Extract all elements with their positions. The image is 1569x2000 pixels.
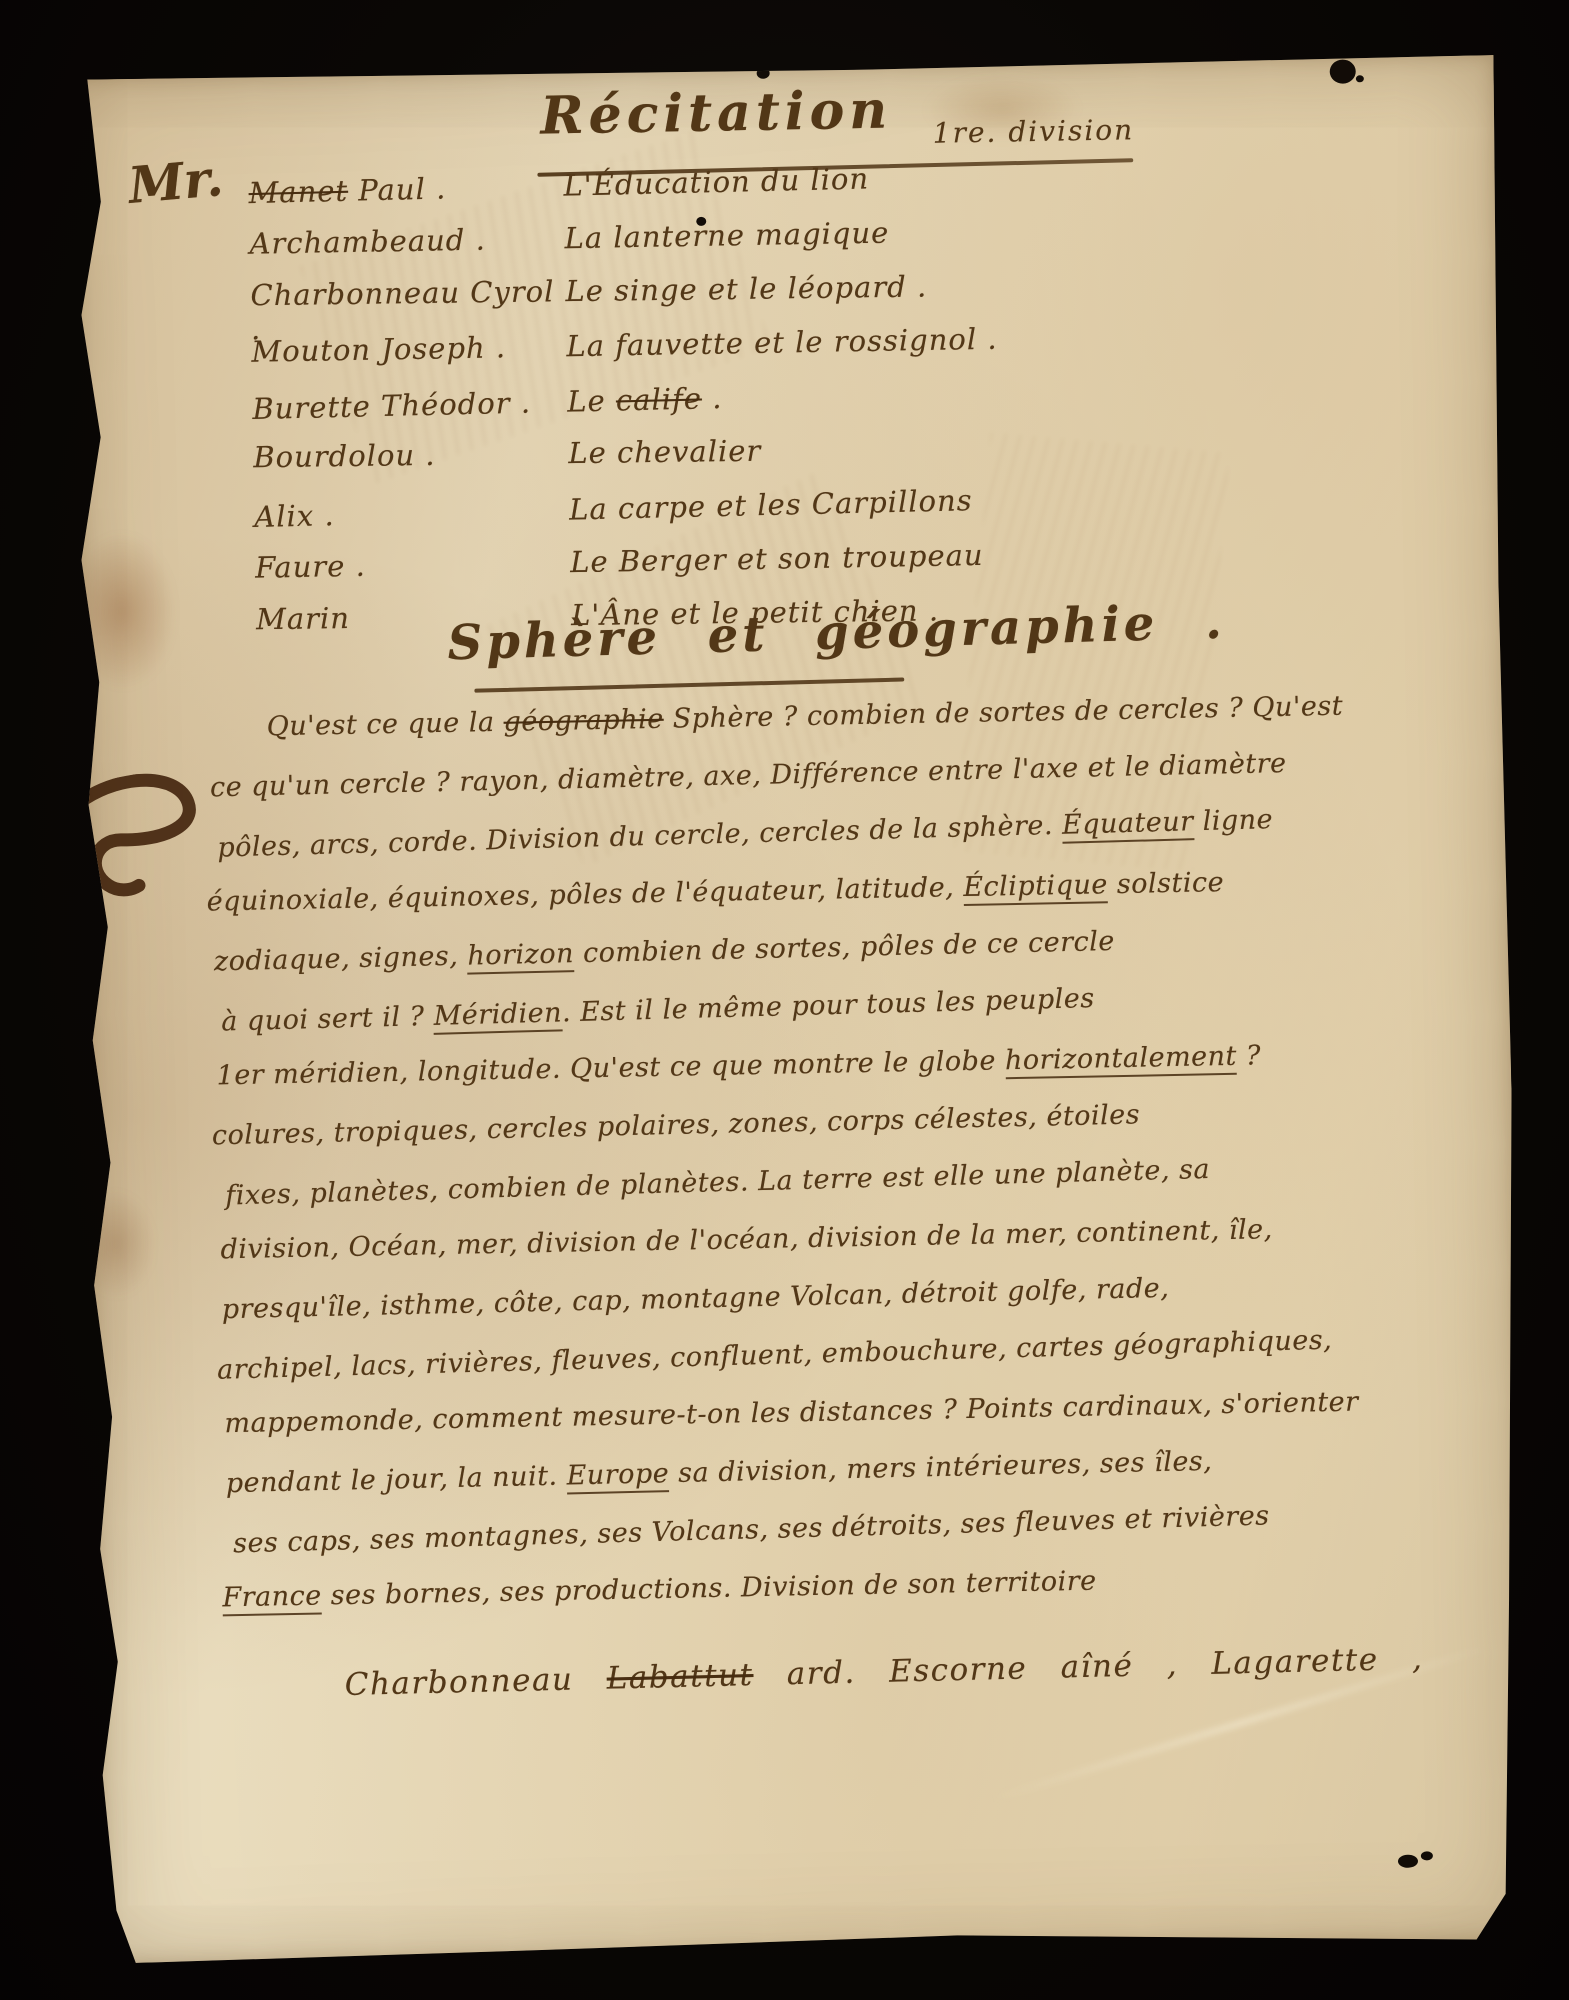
page-title: Récitation [540, 79, 893, 146]
text-segment: Alix . [254, 498, 335, 534]
text-segment: Paul . [348, 171, 447, 207]
text-segment: Qu'est ce que la [266, 707, 504, 743]
page-title-division: 1re. division [932, 113, 1134, 150]
text-segment: La fauvette et le rossignol . [566, 322, 998, 364]
footer-names: Charbonneau Labattut ard. Escorne aîné ,… [344, 1641, 1423, 1703]
student-name: Bourdolou . [253, 436, 568, 474]
student-name: Manet Paul . [248, 169, 564, 210]
text-segment: horizon [467, 938, 574, 974]
ink-speck [1421, 1851, 1433, 1860]
piece-title: L'Éducation du lion [563, 161, 869, 202]
text-segment: Écliptique [963, 869, 1108, 906]
text-segment: calife [616, 381, 703, 417]
questions-paragraph: Qu'est ce que la géographie Sphère ? com… [208, 689, 1329, 1642]
piece-title: Le calife . [567, 381, 723, 419]
text-segment: solstice [1108, 867, 1225, 900]
text-segment: ligne [1193, 804, 1273, 837]
student-name: Charbonneau Cyrol . [250, 274, 566, 346]
ink-speck [1356, 75, 1364, 82]
text-segment: Europe [566, 1458, 669, 1494]
piece-title: Le chevalier [568, 434, 761, 471]
text-segment: Burette Théodor . [252, 385, 531, 426]
text-segment: ? [1237, 1040, 1262, 1071]
student-name: Burette Théodor . [252, 385, 568, 426]
student-name: Alix . [254, 493, 570, 534]
text-segment: à quoi sert il ? [221, 1001, 434, 1038]
text-segment: pendant le jour, la nuit. [225, 1460, 567, 1499]
piece-title: Le singe et le léopard . [565, 269, 927, 308]
text-segment: Le [567, 383, 616, 418]
text-segment: Manet [248, 174, 348, 210]
piece-title: La carpe et les Carpillons [569, 483, 973, 526]
mr-label: Mr. [126, 148, 225, 215]
text-segment: Méridien [433, 997, 562, 1034]
ink-speck [1398, 1855, 1418, 1868]
text-segment: Faure . [255, 549, 366, 585]
text-segment: Bourdolou . [253, 438, 436, 474]
ink-speck [757, 68, 770, 79]
text-segment: Marin [256, 601, 350, 636]
text-segment: Charbonneau Cyrol . [250, 274, 554, 346]
text-segment: zodiaque, signes, [214, 941, 468, 978]
text-segment: Charbonneau [344, 1661, 607, 1703]
text-segment: La carpe et les Carpillons [569, 483, 973, 526]
text-segment: . [702, 381, 723, 415]
text-segment: Équateur [1062, 806, 1194, 844]
text-segment: Le chevalier [568, 434, 761, 471]
scanned-document-scene: Mr. Récitation 1re. division Manet Paul … [0, 0, 1569, 2000]
text-segment: Le singe et le léopard . [565, 269, 927, 308]
text-segment: horizontalement [1005, 1041, 1238, 1079]
paper-stain [66, 530, 179, 692]
text-segment: L'Éducation du lion [563, 161, 869, 202]
paper: Mr. Récitation 1re. division Manet Paul … [72, 55, 1527, 1964]
text-segment: ard. Escorne aîné , Lagarette , [753, 1641, 1424, 1693]
paper-stain [75, 1189, 157, 1300]
piece-title: La fauvette et le rossignol . [566, 322, 998, 364]
ink-speck [1330, 59, 1356, 83]
recitation-list: Manet Paul .L'Éducation du lionArchambea… [248, 154, 1356, 659]
text-segment: Labattut [606, 1657, 754, 1697]
text-segment: France [222, 1580, 322, 1616]
text-segment: géographie [503, 704, 664, 738]
